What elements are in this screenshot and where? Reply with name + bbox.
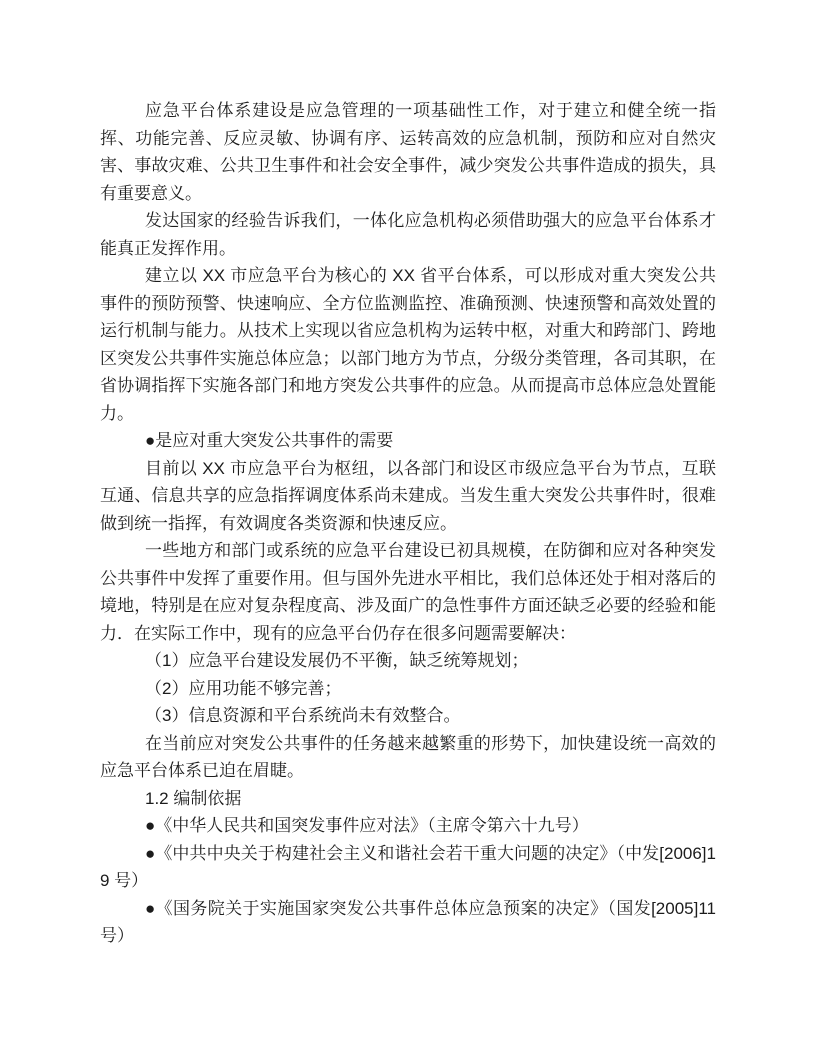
paragraph-existing-problems: 一些地方和部门或系统的应急平台建设已初具规模，在防御和应对各种突发公共事件中发挥… <box>100 537 716 647</box>
document-page: 应急平台体系建设是应急管理的一项基础性工作，对于建立和健全统一指挥、功能完善、反… <box>0 0 816 1056</box>
paragraph-province-system: 建立以 XX 市应急平台为核心的 XX 省平台体系，可以形成对重大突发公共事件的… <box>100 262 716 427</box>
reference-state-council-decision: ●《国务院关于实施国家突发公共事件总体应急预案的决定》（国发[2005]11 号… <box>100 895 716 950</box>
reference-emergency-response-law: ●《中华人民共和国突发事件应对法》（主席令第六十九号） <box>100 812 716 840</box>
section-heading-1-2: 1.2 编制依据 <box>100 785 716 813</box>
reference-ccp-harmonious-society-decision: ●《中共中央关于构建社会主义和谐社会若干重大问题的决定》（中发[2006]19 … <box>100 840 716 895</box>
numbered-item-3: （3）信息资源和平台系统尚未有效整合。 <box>100 702 716 730</box>
numbered-item-1: （1）应急平台建设发展仍不平衡，缺乏统筹规划； <box>100 647 716 675</box>
bullet-need-for-major-events: ●是应对重大突发公共事件的需要 <box>100 427 716 455</box>
paragraph-platform-significance: 应急平台体系建设是应急管理的一项基础性工作，对于建立和健全统一指挥、功能完善、反… <box>100 97 716 207</box>
paragraph-urgency: 在当前应对突发公共事件的任务越来越繁重的形势下，加快建设统一高效的应急平台体系已… <box>100 730 716 785</box>
document-body: 应急平台体系建设是应急管理的一项基础性工作，对于建立和健全统一指挥、功能完善、反… <box>100 97 716 950</box>
paragraph-developed-countries: 发达国家的经验告诉我们，一体化应急机构必须借助强大的应急平台体系才能真正发挥作用… <box>100 207 716 262</box>
paragraph-current-hub-status: 目前以 XX 市应急平台为枢纽，以各部门和设区市级应急平台为节点，互联互通、信息… <box>100 455 716 538</box>
numbered-item-2: （2）应用功能不够完善； <box>100 675 716 703</box>
